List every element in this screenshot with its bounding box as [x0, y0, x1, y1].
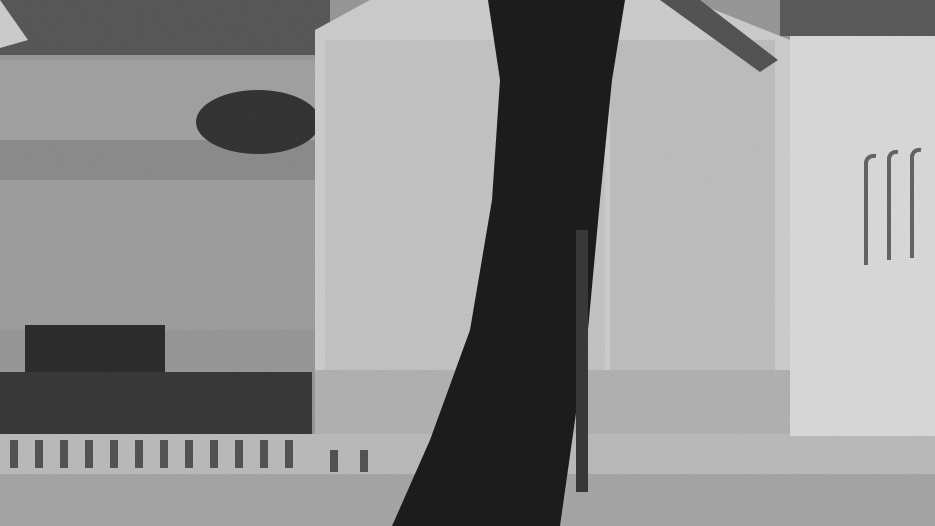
treeline [0, 0, 330, 55]
shrub [196, 90, 320, 154]
photo-canvas [0, 0, 935, 526]
photograph: Old black-and-white photograph of a dark… [0, 0, 935, 526]
post [576, 230, 588, 492]
